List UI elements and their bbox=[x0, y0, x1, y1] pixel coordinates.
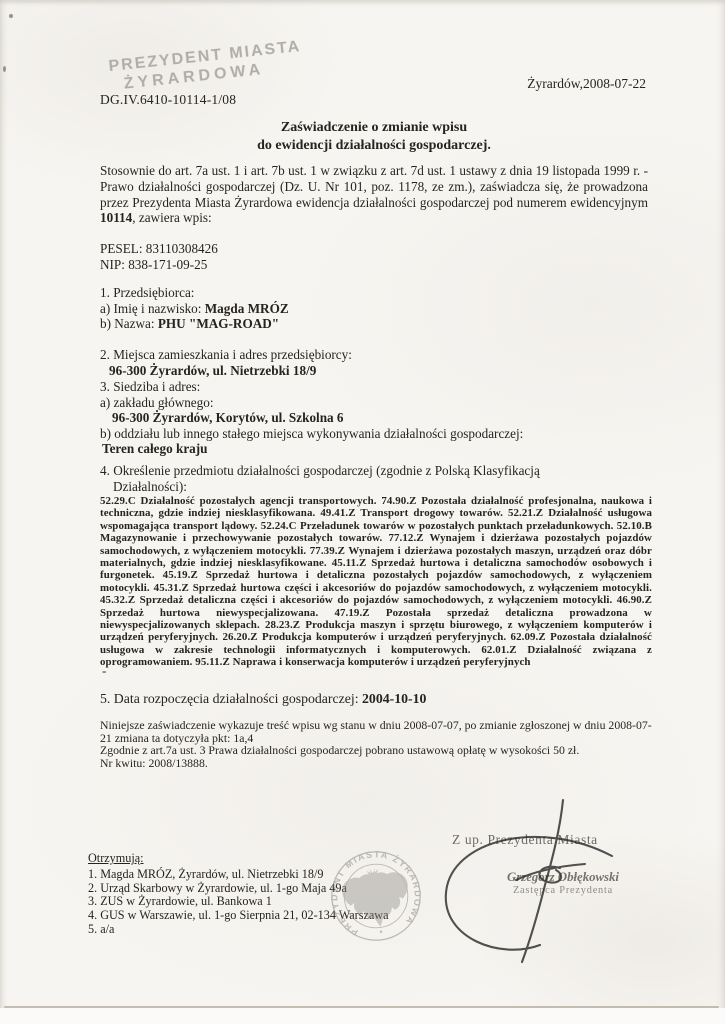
entrepreneur-name-label: a) Imię i nazwisko: bbox=[100, 301, 205, 316]
section-seat-heading: 3. Siedziba i adres: bbox=[100, 379, 523, 395]
main-establishment-address: 96-300 Żyrardów, Korytów, ul. Szkolna 6 bbox=[100, 410, 523, 426]
case-reference-number: DG.IV.6410-10114-1/08 bbox=[100, 92, 236, 108]
note-fee: Zgodnie z art.7a ust. 3 Prawa działalnoś… bbox=[100, 744, 660, 757]
company-name-label: b) Nazwa: bbox=[100, 316, 158, 331]
note-change-statement: Niniejsze zaświadczenie wykazuje treść w… bbox=[100, 719, 660, 744]
section-seat: 3. Siedziba i adres: a) zakładu głównego… bbox=[100, 379, 523, 457]
company-name-line: b) Nazwa: PHU "MAG-ROAD" bbox=[100, 316, 289, 332]
pkd-codes-paragraph: 52.29.C Działalność pozostałych agencji … bbox=[100, 495, 652, 669]
entrepreneur-name-line: a) Imię i nazwisko: Magda MRÓZ bbox=[100, 301, 289, 317]
start-date-value: 2004-10-10 bbox=[362, 691, 426, 706]
residence-address: 96-300 Żyrardów, ul. Nietrzebki 18/9 bbox=[100, 363, 352, 379]
recipient-item: 1. Magda MRÓZ, Żyrardów, ul. Nietrzebki … bbox=[88, 868, 389, 882]
place-and-date: Żyrardów,2008-07-22 bbox=[440, 76, 646, 92]
start-date-label: 5. Data rozpoczęcia działalności gospoda… bbox=[100, 691, 362, 706]
scan-bottom-margin bbox=[0, 1008, 725, 1024]
office-ink-stamp: PREZYDENT MIASTA ŻYRARDOWA bbox=[93, 36, 320, 96]
section-start-date: 5. Data rozpoczęcia działalności gospoda… bbox=[100, 691, 426, 707]
scan-speck bbox=[9, 14, 13, 18]
section-residence: 2. Miejsca zamieszkania i adres przedsię… bbox=[100, 347, 352, 378]
branch-area: Teren całego kraju bbox=[100, 441, 523, 457]
recipient-item: 2. Urząd Skarbowy w Żyrardowie, ul. 1-go… bbox=[88, 882, 389, 896]
pkd-trailing-dash: - bbox=[102, 663, 106, 679]
company-name-value: PHU "MAG-ROAD" bbox=[158, 316, 279, 331]
note-receipt-number: Nr kwitu: 2008/13888. bbox=[100, 757, 660, 770]
recipients-block: Otrzymują: 1. Magda MRÓZ, Żyrardów, ul. … bbox=[88, 852, 389, 937]
identifiers-block: PESEL: 83110308426 NIP: 838-171-09-25 bbox=[100, 241, 218, 272]
recipient-item: 4. GUS w Warszawie, ul. 1-go Sierpnia 21… bbox=[88, 909, 389, 923]
signatory-role: Zastępca Prezydenta bbox=[478, 885, 648, 896]
section-entrepreneur-heading: 1. Przedsiębiorca: bbox=[100, 285, 289, 301]
signatory-name: Grzegorz Obłękowski bbox=[478, 870, 648, 885]
pesel-line: PESEL: 83110308426 bbox=[100, 241, 218, 257]
signature-authorization: Z up. Prezydenta Miasta bbox=[452, 832, 652, 848]
document-title: Zaświadczenie o zmianie wpisu do ewidenc… bbox=[100, 119, 648, 155]
section-activity-heading: 4. Określenie przedmiotu działalności go… bbox=[100, 463, 593, 494]
recipient-item: 3. ZUS w Żyrardowie, ul. Bankowa 1 bbox=[88, 895, 389, 909]
nip-line: NIP: 838-171-09-25 bbox=[100, 257, 218, 273]
registry-number: 10114 bbox=[100, 210, 132, 225]
legal-basis-text-2: , zawiera wpis: bbox=[132, 210, 211, 225]
scanned-certificate-page: PREZYDENT MIASTA ŻYRARDOWA DG.IV.6410-10… bbox=[0, 0, 725, 1024]
recipients-heading: Otrzymują: bbox=[88, 852, 389, 866]
recipient-item: 5. a/a bbox=[88, 923, 389, 937]
residence-address-value: 96-300 Żyrardów, ul. Nietrzebki 18/9 bbox=[109, 363, 316, 378]
scan-speck bbox=[3, 66, 6, 72]
branch-area-value: Teren całego kraju bbox=[102, 441, 208, 456]
entrepreneur-name-value: Magda MRÓZ bbox=[205, 301, 289, 316]
legal-basis-text-1: Stosownie do art. 7a ust. 1 i art. 7b us… bbox=[100, 163, 648, 210]
branch-label: b) oddziału lub innego stałego miejsca w… bbox=[100, 426, 523, 442]
document-title-line1: Zaświadczenie o zmianie wpisu bbox=[100, 119, 648, 137]
legal-basis-paragraph: Stosownie do art. 7a ust. 1 i art. 7b us… bbox=[100, 163, 648, 226]
main-establishment-address-value: 96-300 Żyrardów, Korytów, ul. Szkolna 6 bbox=[112, 410, 344, 425]
main-establishment-label: a) zakładu głównego: bbox=[100, 395, 523, 411]
section-residence-heading: 2. Miejsca zamieszkania i adres przedsię… bbox=[100, 347, 352, 363]
certificate-notes: Niniejsze zaświadczenie wykazuje treść w… bbox=[100, 719, 660, 769]
document-title-line2: do ewidencji działalności gospodarczej. bbox=[100, 137, 648, 155]
section-entrepreneur: 1. Przedsiębiorca: a) Imię i nazwisko: M… bbox=[100, 285, 289, 332]
